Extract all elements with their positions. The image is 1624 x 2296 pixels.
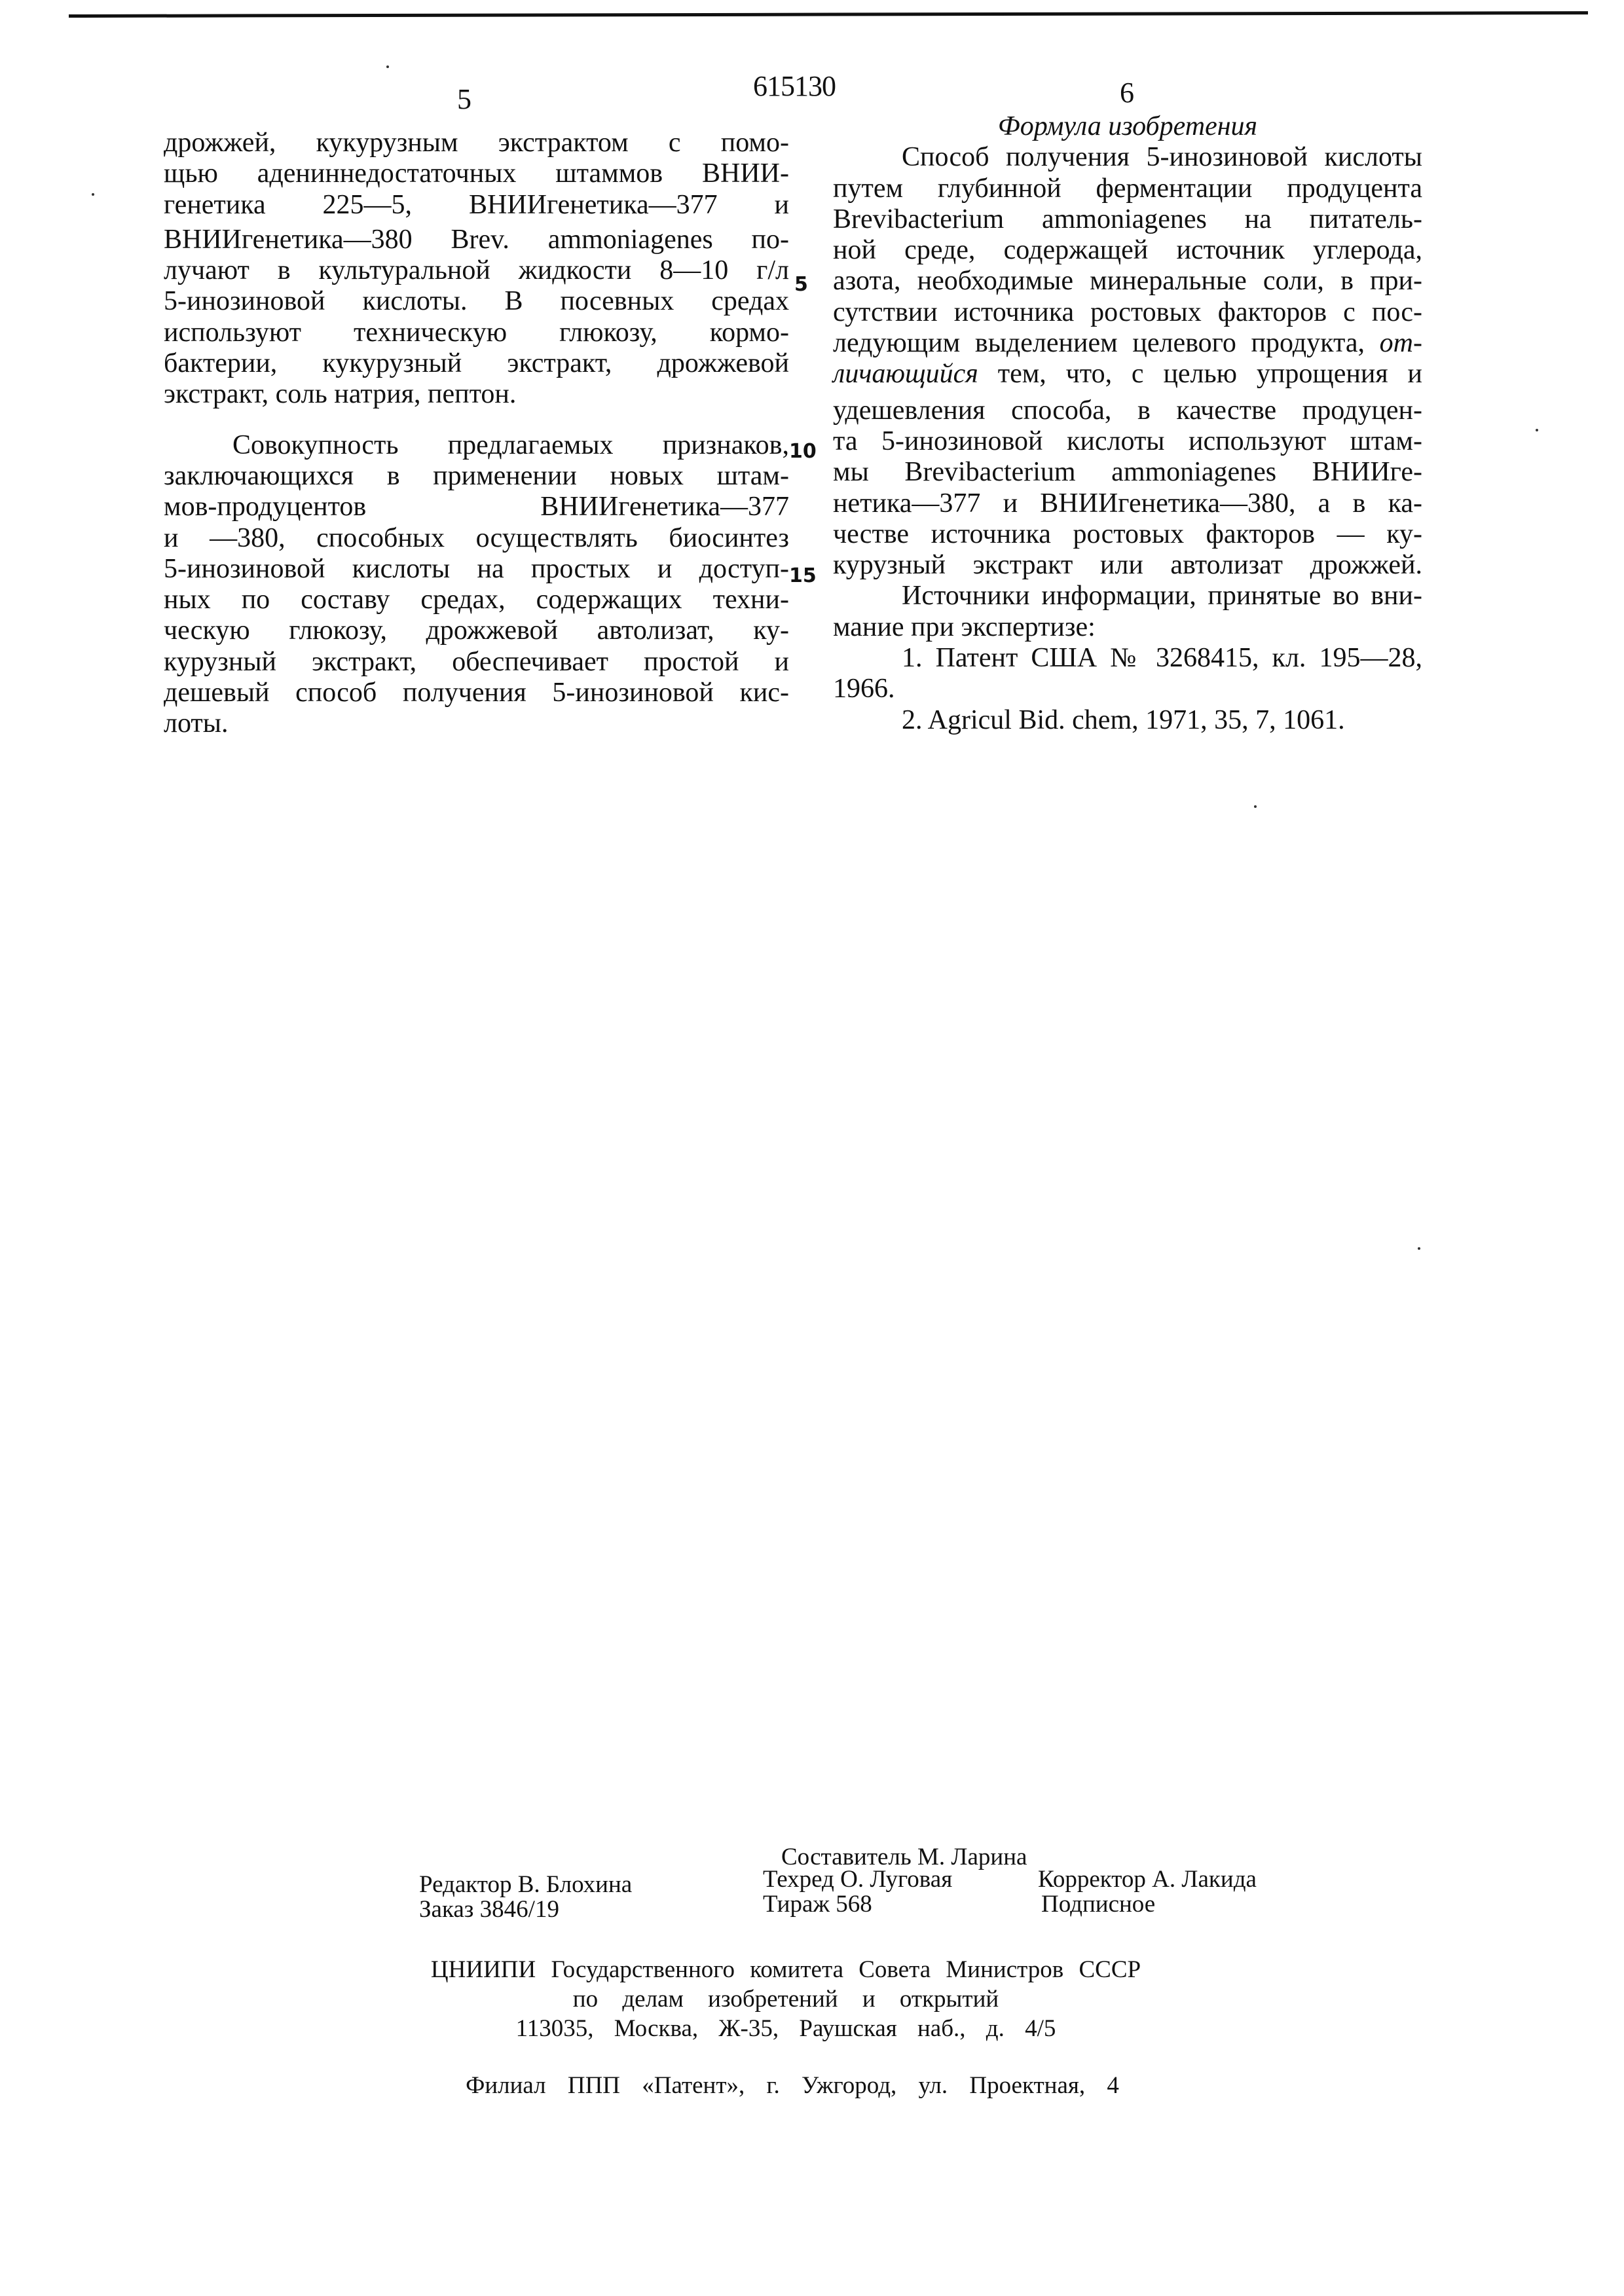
text-line: 1. Патент США № 3268415, кл. 195—28, xyxy=(833,643,1422,674)
patent-number: 615130 xyxy=(753,72,836,101)
text-line: ВНИИгенетика—380 Brev. ammoniagenes по- xyxy=(164,225,789,255)
line-number-5: 5 xyxy=(794,275,808,295)
text-line: ных по составу средах, содержащих техни- xyxy=(164,585,789,615)
branch-address: Филиал ППП «Патент», г. Ужгород, ул. Про… xyxy=(0,2073,1604,2098)
right-column: Формула изобретения Способ получения 5-и… xyxy=(833,111,1422,736)
text-line: и —380, способных осуществлять биосинтез xyxy=(164,523,789,554)
line-number-15: 15 xyxy=(789,566,817,586)
text-line: Способ получения 5-инозиновой кислоты xyxy=(833,142,1422,173)
scan-speck xyxy=(1254,805,1257,808)
text-line: лоты. xyxy=(164,708,789,739)
text-line: Brevibacterium ammoniagenes на питатель- xyxy=(833,204,1422,235)
text-line: генетика 225—5, ВНИИгенетика—377 и xyxy=(164,190,789,221)
text-line: щью адениннедостаточных штаммов ВНИИ- xyxy=(164,158,789,189)
text-line: заключающихся в применении новых штам- xyxy=(164,461,789,492)
line-number-10: 10 xyxy=(789,442,817,462)
text-line: используют техническую глюкозу, кормо- xyxy=(164,318,789,348)
scan-speck xyxy=(1536,429,1538,431)
text-line: честве источника ростовых факторов — ку- xyxy=(833,519,1422,550)
text-line: нетика—377 и ВНИИгенетика—380, а в ка- xyxy=(833,488,1422,519)
text-line: сутствии источника ростовых факторов с п… xyxy=(833,297,1422,328)
editor: Редактор В. Блохина xyxy=(419,1872,632,1897)
text-line: бактерии, кукурузный экстракт, дрожжевой xyxy=(164,348,789,379)
text-line: ледующим выделением целевого продукта, о… xyxy=(833,328,1422,359)
text-line: та 5-инозиновой кислоты используют штам- xyxy=(833,426,1422,457)
claims-heading: Формула изобретения xyxy=(833,111,1422,142)
text-line: курузный экстракт или автолизат дрожжей. xyxy=(833,550,1422,581)
scan-speck xyxy=(1418,1247,1420,1250)
text-segment: тем, что, с целью упрощения и xyxy=(978,359,1422,389)
subscription: Подписное xyxy=(1041,1892,1155,1916)
left-page-number: 5 xyxy=(457,85,471,114)
text-line: лучают в культуральной жидкости 8—10 г/л xyxy=(164,255,789,286)
text-line: Совокупность предлагаемых признаков, xyxy=(164,430,789,461)
text-line: курузный экстракт, обеспечивает простой … xyxy=(164,647,789,678)
text-segment: ледующим выделением целевого продукта, xyxy=(833,328,1380,358)
text-line: ческую глюкозу, дрожжевой автолизат, ку- xyxy=(164,615,789,646)
circulation: Тираж 568 xyxy=(763,1892,872,1916)
text-line: экстракт, соль натрия, пептон. xyxy=(164,379,789,410)
corrector: Корректор А. Лакида xyxy=(1038,1867,1257,1891)
right-page-number: 6 xyxy=(1120,79,1134,107)
text-line: 5-инозиновой кислоты на простых и доступ… xyxy=(164,554,789,585)
order-number: Заказ 3846/19 xyxy=(419,1897,559,1922)
text-line: дешевый способ получения 5-инозиновой ки… xyxy=(164,678,789,708)
text-line: Источники информации, принятые во вни- xyxy=(833,581,1422,611)
text-line: удешевления способа, в качестве продуцен… xyxy=(833,395,1422,426)
text-line: 5-инозиновой кислоты. В посевных средах xyxy=(164,286,789,317)
scan-speck xyxy=(92,193,94,196)
top-rule xyxy=(69,11,1588,18)
text-line: личающийся тем, что, с целью упрощения и xyxy=(833,359,1422,390)
text-line: мы Brevibacterium ammoniagenes ВНИИге- xyxy=(833,457,1422,488)
paragraph-gap xyxy=(164,410,789,430)
text-line: 2. Agricul Bid. chem, 1971, 35, 7, 1061. xyxy=(833,705,1422,736)
text-line: ной среде, содержащей источник углерода, xyxy=(833,235,1422,266)
text-line: 1966. xyxy=(833,674,1422,704)
text-line: путем глубинной ферментации продуцента xyxy=(833,173,1422,204)
text-line: дрожжей, кукурузным экстрактом с помо- xyxy=(164,128,789,158)
address: 113035, Москва, Ж-35, Раушская наб., д. … xyxy=(0,2016,1598,2041)
emphasis-text: личающийся xyxy=(833,359,978,389)
scan-speck xyxy=(386,65,389,68)
left-column: дрожжей, кукурузным экстрактом с помо- щ… xyxy=(164,128,789,740)
techred: Техред О. Луговая xyxy=(763,1867,952,1891)
text-line: мов-продуцентов ВНИИгенетика—377 xyxy=(164,492,789,522)
institution-line-2: по делам изобретений и открытий xyxy=(0,1987,1598,2011)
text-line: азота, необходимые минеральные соли, в п… xyxy=(833,266,1422,297)
text-line: мание при экспертизе: xyxy=(833,612,1422,643)
institution-line-1: ЦНИИПИ Государственного комитета Совета … xyxy=(0,1958,1598,1982)
emphasis-text: от- xyxy=(1380,328,1422,358)
